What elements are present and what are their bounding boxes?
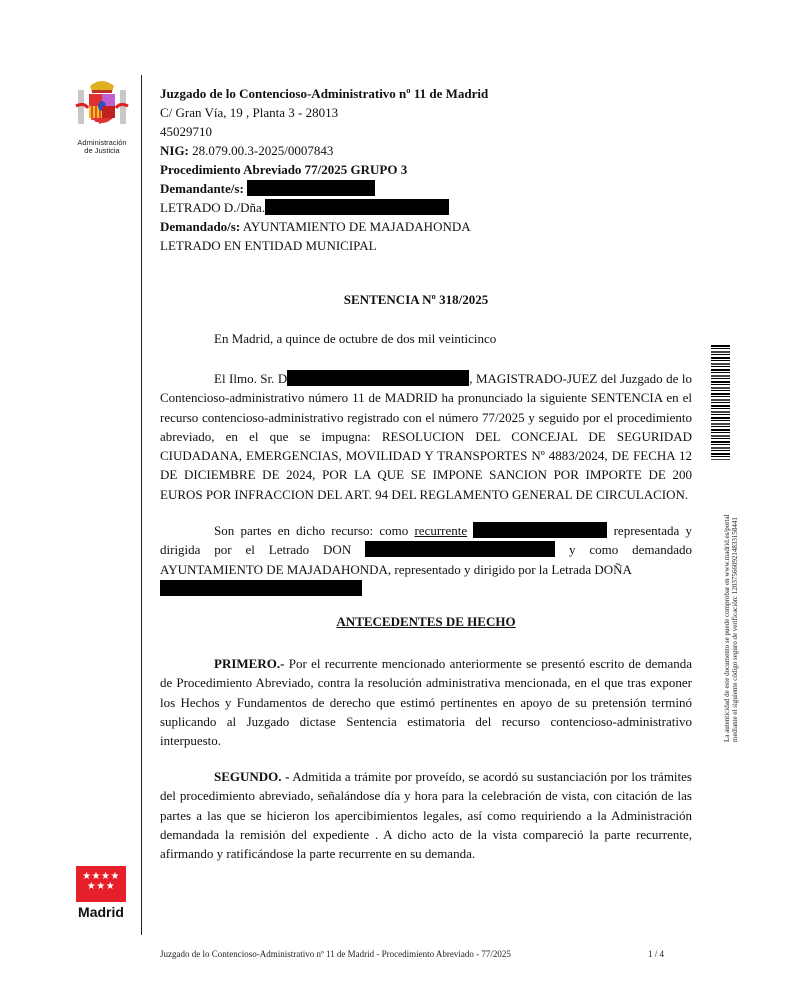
plaintiff-line: Demandante/s: <box>160 179 488 198</box>
court-name: Juzgado de lo Contencioso-Administrativo… <box>160 86 488 101</box>
margin-rule <box>141 75 142 935</box>
paragraph-intro: El Ilmo. Sr. D, MAGISTRADO-JUEZ del Juzg… <box>160 369 692 504</box>
madrid-flag-icon: ★★★★★★★ <box>76 866 126 902</box>
lawyer-line: LETRADO D./Dña. <box>160 198 488 217</box>
defendant-lawyer: LETRADO EN ENTIDAD MUNICIPAL <box>160 236 488 255</box>
court-code: 45029710 <box>160 122 488 141</box>
document-title: SENTENCIA Nº 318/2025 <box>0 292 792 308</box>
stars-icon: ★★★★★★★ <box>76 872 126 892</box>
verification-text: La autenticidad de este documento se pue… <box>723 462 739 742</box>
nig-line: NIG: 28.079.00.3-2025/0007843 <box>160 141 488 160</box>
redaction <box>247 180 375 196</box>
redaction <box>365 541 555 557</box>
section-title: ANTECEDENTES DE HECHO <box>160 614 692 630</box>
court-address: C/ Gran Vía, 19 , Planta 3 - 28013 <box>160 103 488 122</box>
dateline: En Madrid, a quince de octubre de dos mi… <box>214 331 496 347</box>
coat-of-arms-spain-icon <box>74 76 130 134</box>
justice-logo: Administración de Justicia <box>70 76 134 152</box>
procedure: Procedimiento Abreviado 77/2025 GRUPO 3 <box>160 162 407 177</box>
case-header: Juzgado de lo Contencioso-Administrativo… <box>160 84 488 255</box>
paragraph-segundo: SEGUNDO. - Admitida a trámite por proveí… <box>160 767 692 863</box>
justice-caption: Administración de Justicia <box>70 139 134 155</box>
defendant-line: Demandado/s: AYUNTAMIENTO DE MAJADAHONDA <box>160 217 488 236</box>
madrid-logo: ★★★★★★★ Madrid <box>76 866 126 920</box>
paragraph-parties: Son partes en dicho recurso: como recurr… <box>160 521 692 598</box>
footer-text: Juzgado de lo Contencioso-Administrativo… <box>160 949 511 959</box>
madrid-label: Madrid <box>76 904 126 920</box>
redaction <box>287 370 469 386</box>
barcode <box>711 345 730 460</box>
redaction <box>265 199 449 215</box>
redaction <box>160 580 362 596</box>
paragraph-primero: PRIMERO.- Por el recurrente mencionado a… <box>160 654 692 750</box>
redaction <box>473 522 607 538</box>
page-number: 1 / 4 <box>648 949 664 959</box>
